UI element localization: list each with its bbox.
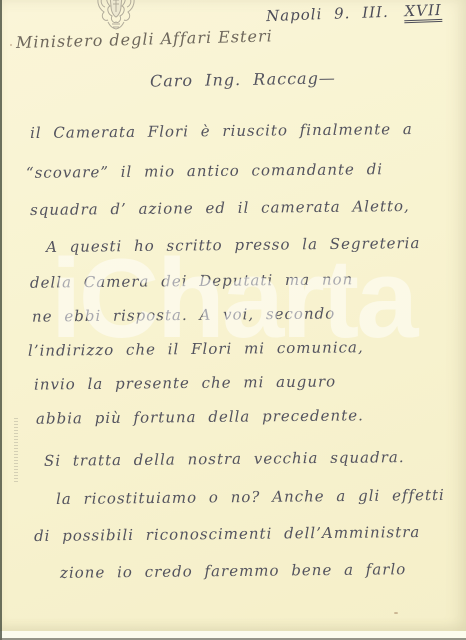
scanned-letter-page: Ministero degli Affari Esteri Napoli 9. …	[0, 0, 466, 640]
date-line: Napoli 9. III. XVII	[266, 1, 442, 25]
letter-line: A questi ho scritto presso la Segreteria	[46, 234, 421, 256]
letter-line: ne ebbi risposta. A voi, secondo	[32, 304, 335, 325]
ink-speck	[394, 612, 398, 614]
letter-line: zione io credo faremmo bene a farlo	[60, 560, 406, 582]
letter-line: l’indirizzo che il Flori mi comunica,	[28, 338, 364, 360]
date-year-underlined: XVII	[404, 1, 442, 23]
letter-line: abbia più fortuna della precedente.	[36, 406, 364, 427]
ink-speck	[10, 44, 12, 46]
letter-paper: Ministero degli Affari Esteri Napoli 9. …	[0, 0, 466, 631]
edge-caption-vertical-text	[14, 418, 18, 484]
letter-line: “scovare” il mio antico comandante di	[26, 160, 383, 182]
letter-line: della Camera dei Deputati ma non	[30, 270, 353, 291]
letter-line: di possibili riconoscimenti dell’Amminis…	[34, 523, 420, 545]
letter-line: squadra d’ azione ed il camerata Aletto,	[30, 197, 410, 219]
letter-line: invio la presente che mi auguro	[34, 372, 336, 393]
letter-line: la ricostituiamo o no? Anche a gli effet…	[56, 486, 445, 508]
scan-left-edge	[0, 0, 2, 640]
letterhead-ministry-title: Ministero degli Affari Esteri	[16, 27, 246, 52]
letter-line: Si tratta della nostra vecchia squadra.	[44, 448, 405, 470]
archive-watermark: iCharta	[0, 243, 466, 355]
letter-line: il Camerata Flori è riuscito finalmente …	[30, 120, 413, 142]
salutation: Caro Ing. Raccag—	[150, 68, 336, 90]
date-place-day: Napoli 9. III.	[266, 3, 389, 25]
